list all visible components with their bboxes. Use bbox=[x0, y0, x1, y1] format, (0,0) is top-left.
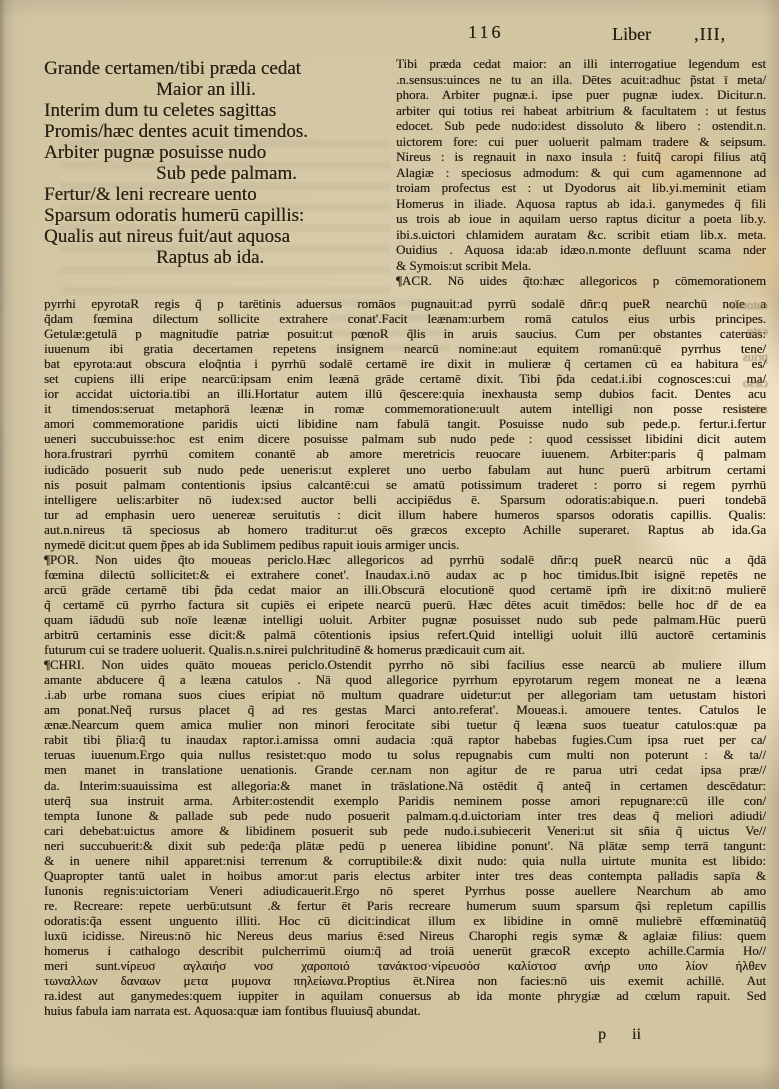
text-line: tur ad emphasin uero uenereæ seruitutis … bbox=[44, 507, 766, 522]
text-line: Qualis aut nireus fuit/aut aquosa bbox=[44, 226, 390, 247]
text-line: quam iādudū sub noīe leænæ intelligi uol… bbox=[44, 612, 766, 627]
text-line: neri succubuerit:& dixit sub pede:q̃a pl… bbox=[44, 838, 766, 853]
text-line: Interim dum tu celetes sagittas bbox=[44, 100, 390, 121]
text-line: odoratis:q̃a essent unguento illiti. Hoc… bbox=[44, 913, 766, 928]
text-line: iuuenum ibi gratia decertamen repetens i… bbox=[44, 341, 766, 356]
text-line: hora.frustrari pyrrhū comitem conantē ab… bbox=[44, 446, 766, 461]
text-line: .i.ab urbe romana suos ciues eripiat nō … bbox=[44, 687, 766, 702]
text-line: Iunonis regnis:uictoriam Veneri adiudica… bbox=[44, 883, 766, 898]
paragraph-acr: pyrrhi epyrotaR regis q̃ p tarētinis adu… bbox=[44, 296, 766, 552]
text-line: Nireus : is regnauit in naxo insula : fu… bbox=[396, 149, 766, 165]
text-line: Getulæ:getulā p magnitudīe patriæ posuit… bbox=[44, 326, 766, 341]
text-line: minor bbox=[690, 396, 768, 422]
text-line: futurum cui se tradere uoluerit. Qualis.… bbox=[44, 642, 766, 657]
text-line: Promis/hæc dentes acuit timendos. bbox=[44, 121, 390, 142]
text-line: men manet in translatione uenationis. Gr… bbox=[44, 762, 766, 777]
text-line: arbiter qui totius rei habeat arbitrium … bbox=[396, 103, 766, 119]
paragraph-chri: ¶CHRI. Non uides quāto moueas periclo.Os… bbox=[44, 657, 766, 1018]
text-line: bat epyrota:aut obscura eloq̃ntia i pyrr… bbox=[44, 356, 766, 371]
commentary-full-width: pyrrhi epyrotaR regis q̃ p tarētinis adu… bbox=[44, 296, 766, 1018]
text-line: & in uenere nihil apparet:nisi terrenum … bbox=[44, 853, 766, 868]
text-line: Ouidius . Aquosa ida:ab idæo.n.monte def… bbox=[396, 242, 766, 258]
text-line: Fertur/& leni recreare uento bbox=[44, 184, 390, 205]
paragraph-por: ¶POR. Non uides q̃to moueas periclo.Hæc … bbox=[44, 552, 766, 657]
text-line: .n.sensus:uinces ne tu an illa. Dētes ac… bbox=[396, 72, 766, 88]
text-line: iudicādo posuerit sub nudo pede ueneris:… bbox=[44, 462, 766, 477]
text-line: amante abducere q̃ a leæna catulos . Nā … bbox=[44, 672, 766, 687]
text-line: homerus i cathalogo describit pulcherrim… bbox=[44, 943, 766, 958]
text-line: Sub pede palmam. bbox=[44, 163, 390, 184]
text-line: ibi.s.uictori chlamidem auratam &c. scri… bbox=[396, 227, 766, 243]
text-line: re. Recreare: repete uerbū:utsunt .& fer… bbox=[44, 898, 766, 913]
text-line: teruas iuuenum.Ergo quia nullus resistet… bbox=[44, 747, 766, 762]
book-page-scan: 116 Liber ,III, Grande certamen/tibi præ… bbox=[0, 0, 779, 1089]
text-line: luxū icidisse. Nireus:nō hic Nereus deus… bbox=[44, 928, 766, 943]
text-line: Quapropter tantū ualet in hoibus amor:ut… bbox=[44, 868, 766, 883]
text-line: Maior an illi. bbox=[44, 79, 390, 100]
text-line: τωναλλων δαναων μετα μυμονα πηλείωνα.Pro… bbox=[44, 973, 766, 988]
text-line: ior accidat uictoria.tibi an illi.Hortat… bbox=[44, 386, 766, 401]
text-line: huius fabula iam narrata est. Aquosa:quæ… bbox=[44, 1003, 766, 1018]
text-line: phora. Arbiter pugnæ.i. ipse puer pugnæ … bbox=[396, 87, 766, 103]
text-line: ra.idest aut ganymedes:quem iuppiter in … bbox=[44, 988, 766, 1003]
text-line: it timendos:seruat metaphorā leænæ in ro… bbox=[44, 401, 766, 416]
text-line: ¶CHRI. Non uides quāto moueas periclo.Os… bbox=[44, 657, 766, 672]
running-title: Liber bbox=[612, 24, 651, 45]
text-line: troiam profectus est : ut Dyodorus ait l… bbox=[396, 180, 766, 196]
show-through-marginalia: catonescatopriuscæsominor bbox=[690, 292, 768, 422]
text-line: Sparsum odoratis humerū capillis: bbox=[44, 205, 390, 226]
text-line: amori commemoratione paridis uicti libid… bbox=[44, 416, 766, 431]
text-line: ænæ.Nearcum quem amica mulier non minori… bbox=[44, 717, 766, 732]
text-line: uterq̃ sua instruit arma. Arbiter:ostend… bbox=[44, 793, 766, 808]
text-line: q̃dam fœmina dilectum sollicite extraher… bbox=[44, 311, 766, 326]
text-line: Raptus ab ida. bbox=[44, 247, 390, 268]
text-line: ¶ACR. Nō uides q̃to:hæc allegoricos p cō… bbox=[396, 273, 766, 289]
text-line: fœmina dilectū sollicitet:& ei extrahere… bbox=[44, 567, 766, 582]
page-header: 116 Liber ,III, bbox=[0, 0, 779, 56]
text-line: nymedē dicit:ut quem p̃pes ab ida Sublim… bbox=[44, 537, 766, 552]
text-line: Arbiter pugnæ posuisse nudo bbox=[44, 142, 390, 163]
text-line: pyrrhi epyrotaR regis q̃ p tarētinis adu… bbox=[44, 296, 766, 311]
text-line: ¶POR. Non uides q̃to moueas periclo.Hæc … bbox=[44, 552, 766, 567]
text-line: Homerus in iliade. Aquosa raptus ab ida.… bbox=[396, 196, 766, 212]
text-line: meri sunt.νίρευσ αγλαιήσ νοσ χαροποιό τα… bbox=[44, 958, 766, 973]
text-line: edocet. Sub pede nudo:idest dissoluto & … bbox=[396, 118, 766, 134]
text-line: intelligere uelis:arbiter nō iudex:sed a… bbox=[44, 492, 766, 507]
text-line: arcū grāde certamē tibi p̃da cedat maior… bbox=[44, 582, 766, 597]
verse-column: Grande certamen/tibi præda cedatMaior an… bbox=[44, 58, 390, 268]
text-line: da. Interim:suauissima est allegoria:& m… bbox=[44, 778, 766, 793]
text-line: aut.n.nireus tā speciosus ab homero trad… bbox=[44, 522, 766, 537]
text-line: us trois ab ioue in aquilam uerso raptus… bbox=[396, 211, 766, 227]
text-line: cæso bbox=[690, 370, 768, 396]
text-line: Grande certamen/tibi præda cedat bbox=[44, 58, 390, 79]
text-line: Alagiæ : speciosus admodum: & qui cum ag… bbox=[396, 165, 766, 181]
text-line: rabit tibi p̃lia:q̃ tu inaudax raptor.i.… bbox=[44, 732, 766, 747]
page-number: 116 bbox=[468, 22, 503, 43]
text-line: arbitrū certaminis esse dicit:& palmā cō… bbox=[44, 627, 766, 642]
text-line: catones bbox=[690, 292, 768, 318]
text-line: uictorem fore: cui puer uoluerit palmam … bbox=[396, 134, 766, 150]
text-line: & Symois:ut scribit Mela. bbox=[396, 258, 766, 274]
text-line: am ponat.Neq̃ rursus placet q̃ ad res ge… bbox=[44, 702, 766, 717]
book-number: ,III, bbox=[694, 24, 726, 45]
text-line: Tibi præda cedat maior: an illi interrog… bbox=[396, 56, 766, 72]
two-column-zone: Grande certamen/tibi præda cedatMaior an… bbox=[44, 56, 766, 294]
signature-mark: p ii bbox=[598, 1026, 641, 1044]
text-line: cari debebat:uictus amore & libidinem po… bbox=[44, 823, 766, 838]
text-line: q̃ certamē cū pyrrho factura sit cupiēs … bbox=[44, 597, 766, 612]
text-line: nis posuit palmam contentionis ipsius ca… bbox=[44, 477, 766, 492]
commentary-column: Tibi præda cedat maior: an illi interrog… bbox=[396, 56, 766, 289]
text-line: tempta Iunone & pallade sub pede nudo po… bbox=[44, 808, 766, 823]
text-line: prius bbox=[690, 344, 768, 370]
text-line: ueneri succubuisse:hoc est enim dicere p… bbox=[44, 431, 766, 446]
text-line: cato bbox=[690, 318, 768, 344]
text-line: set cupiens illi eripe nearcū:ipsam enim… bbox=[44, 371, 766, 386]
